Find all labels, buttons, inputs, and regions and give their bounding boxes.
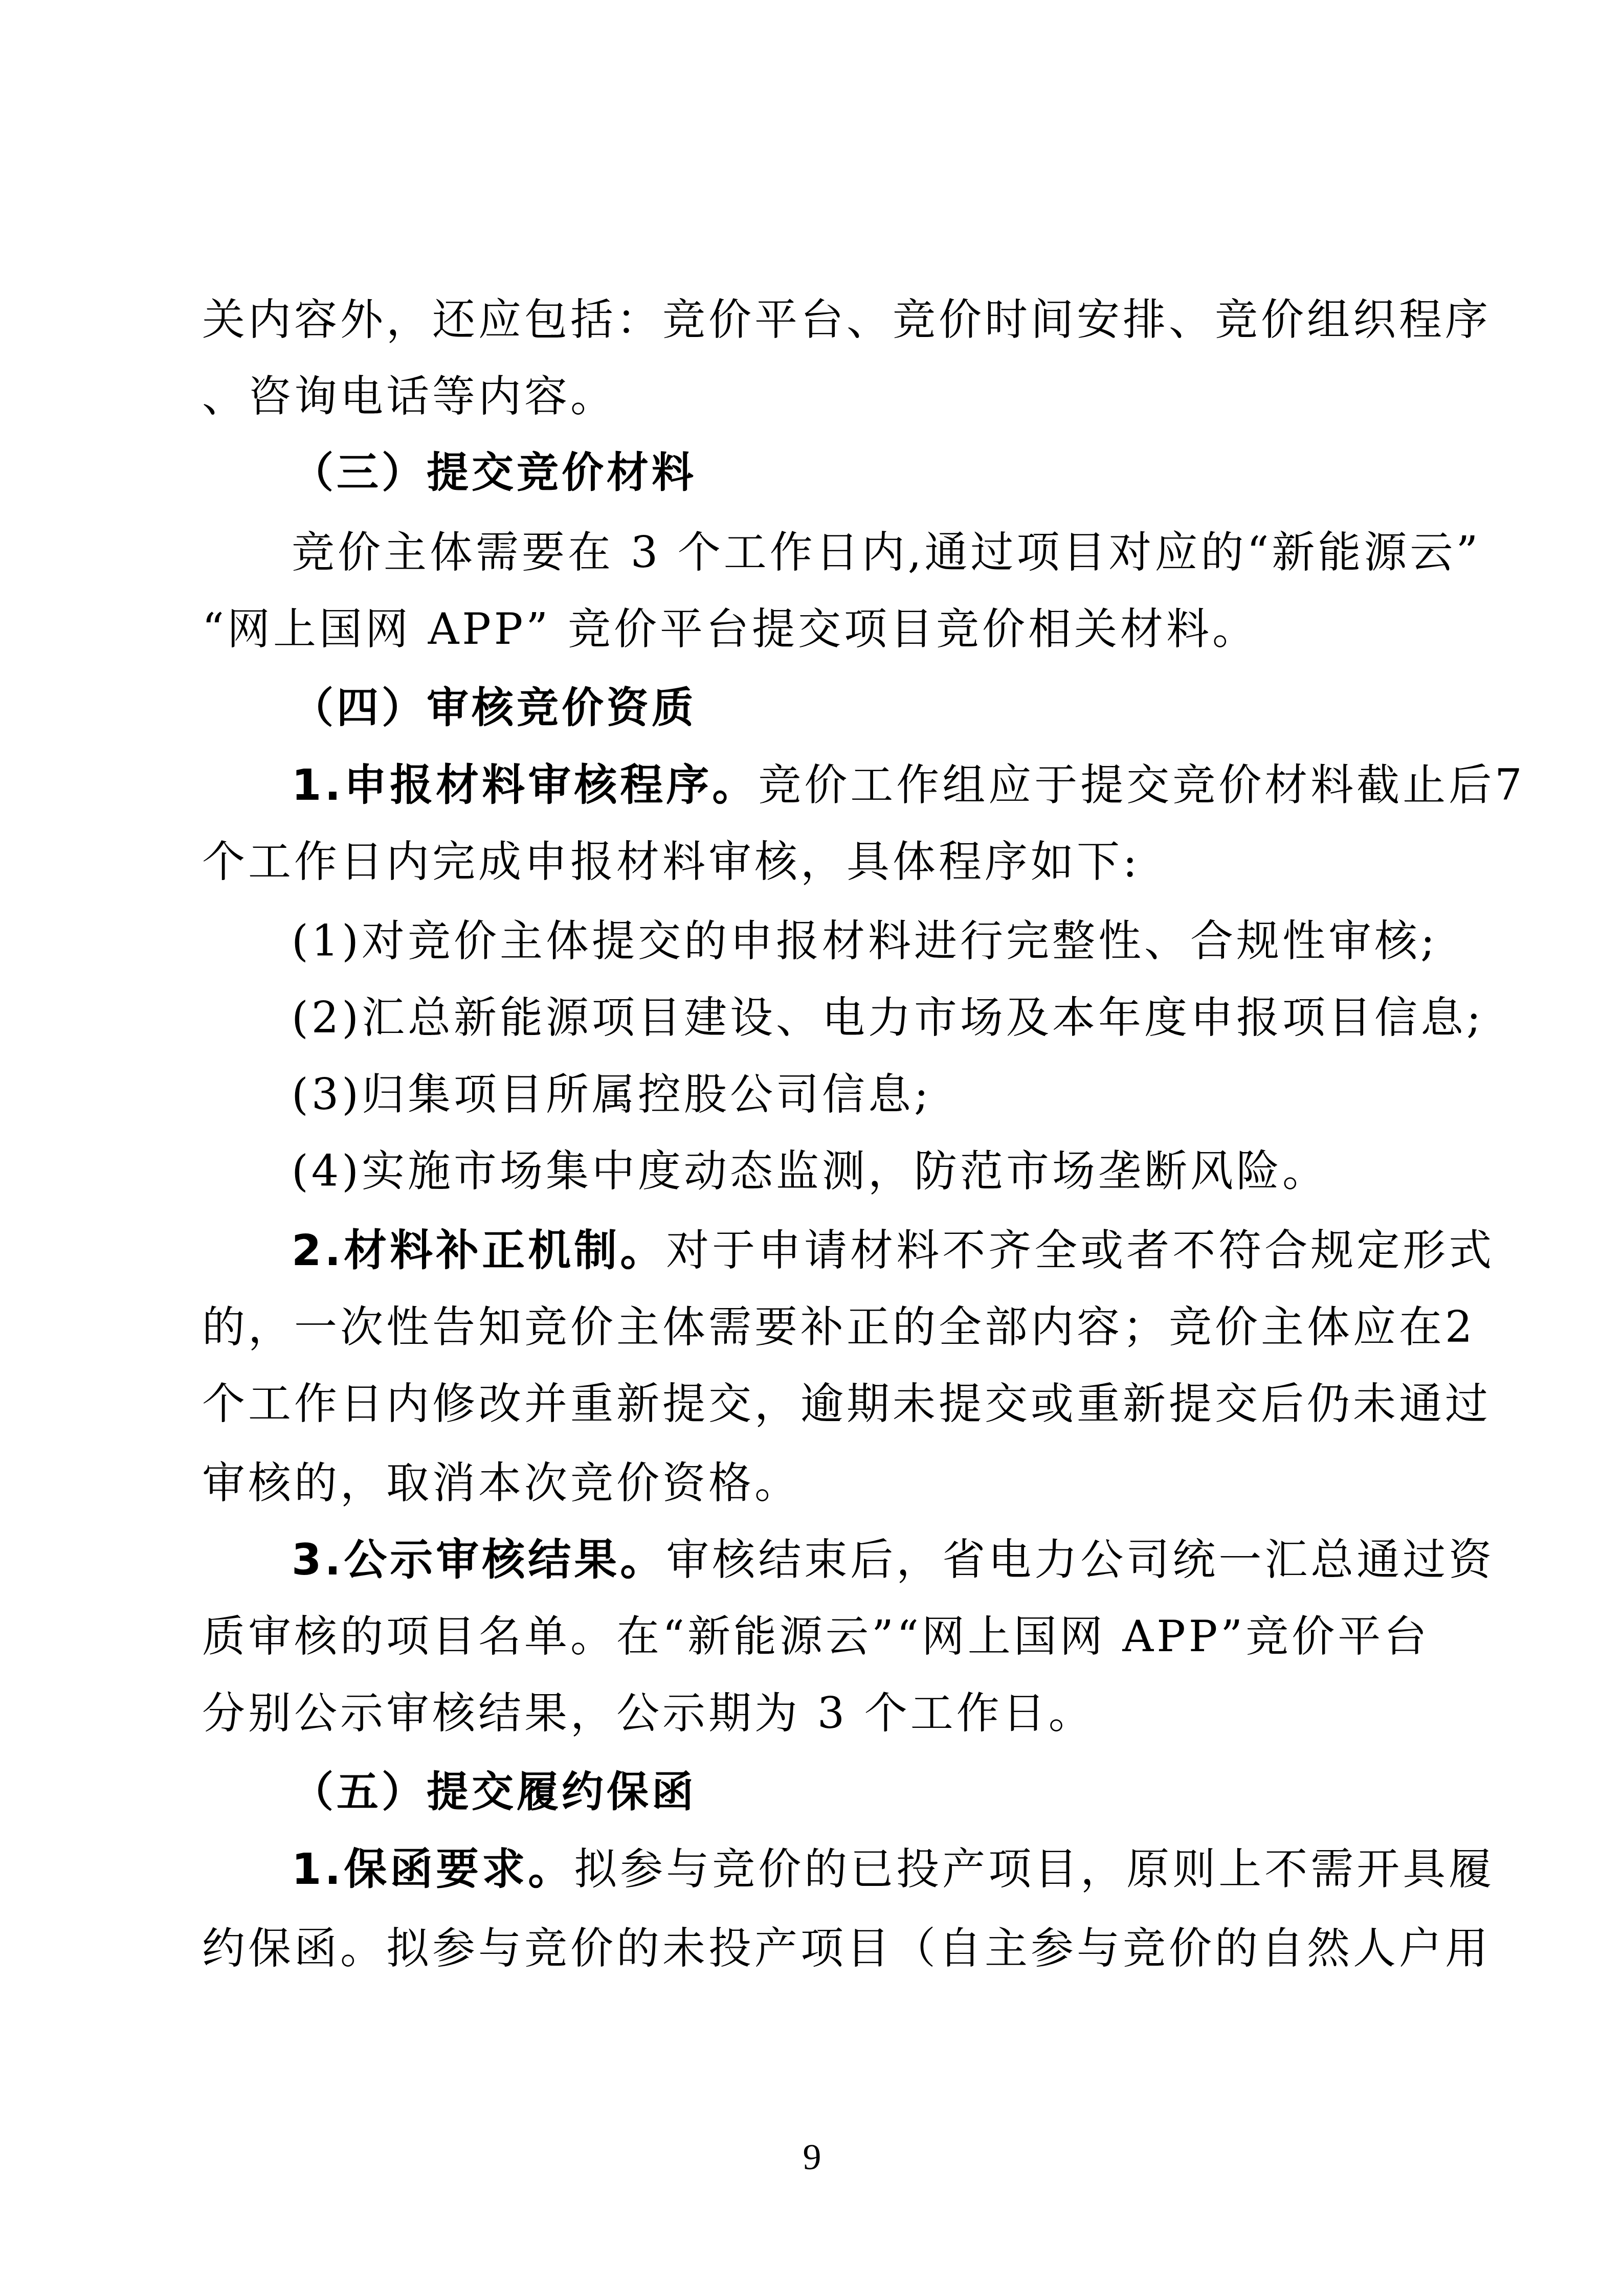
paragraph-lead: 1.申报材料审核程序。: [292, 760, 758, 810]
body-line: 质审核的项目名单。在“新能源云”“网上国网 APP”竞价平台: [202, 1611, 1430, 1662]
body-line: 审核的，取消本次竞价资格。: [202, 1457, 800, 1509]
section-heading-5: （五）提交履约保函: [292, 1767, 697, 1818]
paragraph-lead: 2.材料补正机制。: [292, 1225, 666, 1275]
section-heading-3: （三）提交竞价材料: [292, 447, 697, 499]
paragraph-lead-line: 1.保函要求。拟参与竞价的已投产项目，原则上不需开具履: [292, 1843, 1495, 1895]
paragraph-lead-line: 2.材料补正机制。对于申请材料不齐全或者不符合规定形式: [292, 1225, 1495, 1276]
body-line: 约保函。拟参与竞价的未投产项目（自主参与竞价的自然人户用: [202, 1923, 1491, 1974]
paragraph-lead: 1.保函要求。: [292, 1844, 574, 1894]
body-line: 分别公示审核结果，公示期为 3 个工作日。: [202, 1687, 1095, 1739]
paragraph-lead: 3.公示审核结果。: [292, 1535, 666, 1585]
body-line: 个工作日内修改并重新提交，逾期未提交或重新提交后仍未通过: [202, 1378, 1491, 1429]
list-item: (2)汇总新能源项目建设、电力市场及本年度申报项目信息;: [292, 992, 1484, 1043]
body-line: “网上国网 APP” 竞价平台提交项目竞价相关材料。: [202, 603, 1258, 655]
body-line: 竞价主体需要在 3 个工作日内,通过项目对应的“新能源云”: [292, 527, 1481, 578]
list-item: (1)对竞价主体提交的申报材料进行完整性、合规性审核;: [292, 915, 1438, 966]
body-line: 的，一次性告知竞价主体需要补正的全部内容；竞价主体应在2: [202, 1301, 1475, 1353]
paragraph-lead-line: 3.公示审核结果。审核结束后，省电力公司统一汇总通过资: [292, 1534, 1495, 1585]
list-item: (4)实施市场集中度动态监测，防范市场垄断风险。: [292, 1145, 1328, 1197]
paragraph-lead-line: 1.申报材料审核程序。竞价工作组应于提交竞价材料截止后7: [292, 759, 1525, 811]
body-line: 个工作日内完成申报材料审核，具体程序如下:: [202, 836, 1140, 887]
body-line: 关内容外，还应包括：竞价平台、竞价时间安排、竞价组织程序: [202, 294, 1491, 345]
section-heading-4: （四）审核竞价资质: [292, 683, 697, 734]
page-number: 9: [0, 2136, 1624, 2177]
list-item: (3)归集项目所属控股公司信息;: [292, 1069, 931, 1120]
body-line: 、咨询电话等内容。: [202, 371, 616, 422]
